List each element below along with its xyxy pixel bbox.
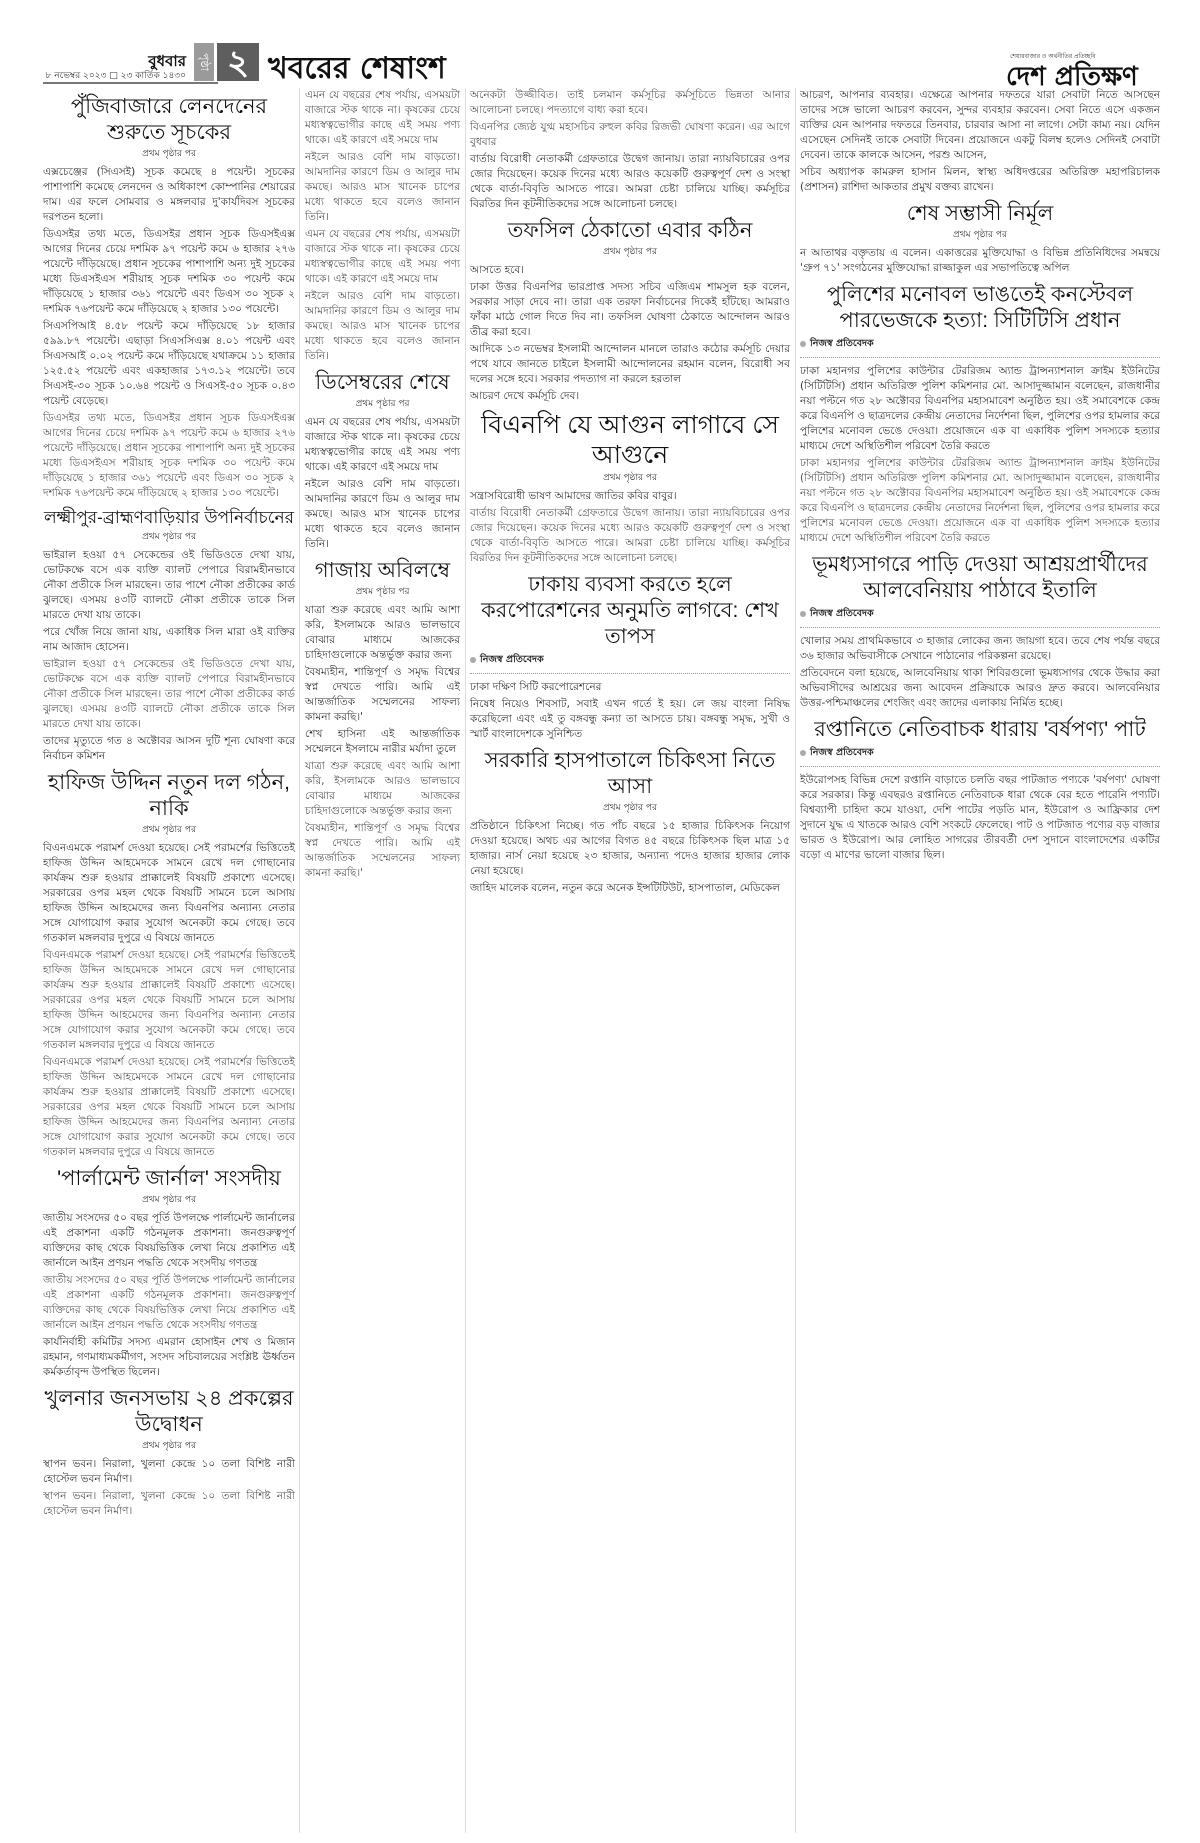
headline: হাফিজ উদ্দিন নতুন দল গঠন, নাকি [43,770,295,822]
headline: সরকারি হাসপাতালে চিকিৎসা নিতে আসা [470,748,790,800]
article-stock-market: পুঁজিবাজারে লেনদেনের শুরুতে সূচকের প্রথম… [43,94,295,501]
article-paragraph: সন্ত্রাসবিরোধী ভাষণ আমাদের জাতির কবির বা… [470,489,790,504]
article-paragraph: বিএনএমকে পরামর্শ দেওয়া হয়েছে। সেই পরাম… [43,948,295,1053]
article-paragraph: অনেকটা উজ্জীবিত। তাই চলমান কর্মসূচির কর্… [470,88,790,118]
article-terror-elimination: শেষ সম্ভাসী নির্মূল প্রথম পৃষ্ঠার পর ন আ… [800,201,1160,276]
continued-label: প্রথম পৃষ্ঠার পর [43,1193,295,1208]
column-divider [299,88,300,1833]
article-paragraph: নইলে আরও বেশি দাম বাড়তো। আমদানির কারণে … [305,477,460,552]
article-paragraph: বৈষম্যহীন, শান্তিপূর্ণ ও সমৃদ্ধ বিশ্বের … [305,665,460,725]
article-paragraph: তাদের মৃত্যুতে গত ৪ অক্টোবর আসন দুটি শূন… [43,734,295,764]
headline: 'পার্লামেন্ট জার্নাল' সংসদীয় [43,1166,295,1192]
byline: নিজস্ব প্রতিবেদক [800,745,1160,760]
headline: লক্ষ্মীপুর-ব্রাহ্মণবাড়িয়ার উপনির্বাচনে… [43,507,295,529]
article-dhaka-business: ঢাকায় ব্যবসা করতে হলে করপোরেশনের অনুমতি… [470,572,790,742]
page-label: পৃষ্ঠা [194,43,214,81]
continued-label: প্রথম পৃষ্ঠার পর [43,530,295,545]
article-bnp-fire: বিএনপি যে আগুন লাগাবে সে আগুনে প্রথম পৃষ… [470,410,790,566]
article-paragraph: নইলে আরও বেশি দাম বাড়তো। আমদানির কারণে … [305,289,460,364]
article-paragraph: ঢাকা মহানগর পুলিশের কাউন্টার টেররিজম অ্য… [800,456,1160,546]
article-tofsil: তফসিল ঠেকাতো এবার কঠিন প্রথম পৃষ্ঠার পর … [470,218,790,404]
article-paragraph: স্থাপন ভবন। নিরালা, খুলনা কেন্দ্রে ১০ তল… [43,1489,295,1519]
article-paragraph: যাত্রা শুরু করেছে এবং আমি আশা করি, ইসলাম… [305,603,460,663]
divider [800,357,1160,358]
article-paragraph: স্থাপন ভবন। নিরালা, খুলনা কেন্দ্রে ১০ তল… [43,1457,295,1487]
page-number: ২ [217,43,259,81]
article-gaza: গাজায় অবিলম্বে প্রথম পৃষ্ঠার পর যাত্রা … [305,558,460,881]
byline: নিজস্ব প্রতিবেদক [470,652,790,667]
article-paragraph: ইউরোপসহ বিভিন্ন দেশে রপ্তানি বাড়াতে চলত… [800,773,1160,863]
headline: ডিসেম্বরের শেষে [305,370,460,396]
article-paragraph: ঢাকা উত্তর বিএনপির ভারপ্রাপ্ত সদস্য সচিব… [470,280,790,340]
article-lakshmipur-byelection: লক্ষ্মীপুর-ব্রাহ্মণবাড়িয়ার উপনির্বাচনে… [43,507,295,764]
article-paragraph: জাতীয় সংসদের ৫০ বছর পূর্তি উপলক্ষে পার্… [43,1211,295,1271]
column-2: এমন যে বছরের শেষ পর্যায়, এসময়টা বাজারে… [305,88,460,883]
article-paragraph: বৈষম্যহীন, শান্তিপূর্ণ ও সমৃদ্ধ বিশ্বের … [305,821,460,881]
article-paragraph: আচরণ, আপনার ব্যবহার। এক্ষেত্রে আপনার দফত… [800,88,1160,163]
headline: পুঁজিবাজারে লেনদেনের শুরুতে সূচকের [43,94,295,146]
continued-label: প্রথম পৃষ্ঠার পর [43,823,295,838]
article-paragraph: নইলে আরও বেশি দাম বাড়তো। আমদানির কারণে … [305,150,460,225]
article-parliament-journal: 'পার্লামেন্ট জার্নাল' সংসদীয় প্রথম পৃষ্… [43,1166,295,1380]
article-paragraph: ডিএসইর তথ্য মতে, ডিএসইর প্রধান সূচক ডিএস… [43,411,295,501]
headline: পুলিশের মনোবল ভাঙতেই কনস্টেবল পারভেজকে হ… [800,282,1160,334]
article-december-end: ডিসেম্বরের শেষে প্রথম পৃষ্ঠার পর এমন যে … [305,370,460,552]
continued-label: প্রথম পৃষ্ঠার পর [43,1439,295,1454]
continued-label: প্রথম পৃষ্ঠার পর [470,471,790,486]
article-paragraph: ভাইরাল হওয়া ৫৭ সেকেন্ডের ওই ভিডিওতে দেখ… [43,548,295,623]
article-paragraph: বার্তায় বিরোধী নেতাকর্মী গ্রেফতারে উদ্ব… [470,506,790,566]
article-paragraph: সিএসপিআই ৪.৫৮ পয়েন্ট কমে দাঁড়িয়েছে ১৮… [43,319,295,409]
article-paragraph: বিএনপির জ্যেষ্ঠ যুগ্ম মহাসচিব রুহুল কবির… [470,120,790,150]
article-paragraph: ডিএসইর তথ্য মতে, ডিএসইর প্রধান সূচক ডিএস… [43,227,295,317]
masthead: বুধবার ৮ নভেম্বর ২০২৩ □ ২৩ কার্তিক ১৪৩০ … [0,0,1200,78]
divider [800,766,1160,767]
bullet-icon [800,611,806,617]
column-1: পুঁজিবাজারে লেনদেনের শুরুতে সূচকের প্রথম… [43,88,295,1521]
headline: ভূমধ্যসাগরে পাড়ি দেওয়া আশ্রয়প্রার্থীদ… [800,552,1160,604]
article-paragraph: প্রতিবেদনে বলা হয়েছে, আলবেনিয়ায় থাকা … [800,666,1160,711]
article-paragraph: এমন যে বছরের শেষ পর্যায়, এসময়টা বাজারে… [305,415,460,475]
column-3: অনেকটা উজ্জীবিত। তাই চলমান কর্মসূচির কর্… [470,88,790,898]
bullet-icon [800,750,806,756]
article-paragraph: কার্যনির্বাহী কমিটির সদস্য এমরান হোসাইন … [43,1335,295,1380]
column-divider [795,88,796,1833]
article-paragraph: ঢাকা মহানগর পুলিশের কাউন্টার টেররিজম অ্য… [800,364,1160,454]
continued-label: প্রথম পৃষ্ঠার পর [800,228,1160,243]
article-paragraph: সচিব অধ্যাপক কামরুল হাসান মিলন, স্বাস্থ্… [800,165,1160,195]
headline: বিএনপি যে আগুন লাগাবে সে আগুনে [470,410,790,470]
column-divider [465,88,466,1833]
article-paragraph: আদিকে ১৩ নভেম্বর ইসলামী আন্দোলন মানলে তা… [470,342,790,387]
article-paragraph: খোলার সময় প্রাথমিকভাবে ৩ হাজার লোকের জন… [800,634,1160,664]
headline: রপ্তানিতে নেতিবাচক ধারায় 'বর্ষপণ্য' পাট [800,717,1160,743]
article-paragraph: বার্তায় বিরোধী নেতাকর্মী গ্রেফতারে উদ্ব… [470,152,790,212]
article-paragraph: নিষেধ নিয়েও শিবসাট, সবাই এখন গর্তে ই হয… [470,697,790,742]
bullet-icon [470,657,476,663]
headline: ঢাকায় ব্যবসা করতে হলে করপোরেশনের অনুমতি… [470,572,790,650]
continued-label: প্রথম পৃষ্ঠার পর [470,245,790,260]
headline: শেষ সম্ভাসী নির্মূল [800,201,1160,227]
article-paragraph: আচরণ দেখে কর্মসূচি দেব। [470,389,790,404]
issue-date: ৮ নভেম্বর ২০২৩ □ ২৩ কার্তিক ১৪৩০ [46,68,186,83]
divider [470,673,790,674]
article-paragraph: আসতে হবে। [470,263,790,278]
byline: নিজস্ব প্রতিবেদক [800,606,1160,621]
article-paragraph: বিএনএমকে পরামর্শ দেওয়া হয়েছে। সেই পরাম… [43,841,295,946]
article-paragraph: পরে খোঁজ নিয়ে জানা যায়, একাধিক সিল মার… [43,625,295,655]
bullet-icon [800,341,806,347]
headline: গাজায় অবিলম্বে [305,558,460,584]
article-jute-export: রপ্তানিতে নেতিবাচক ধারায় 'বর্ষপণ্য' পাট… [800,717,1160,863]
article-paragraph: যাত্রা শুরু করেছে এবং আমি আশা করি, ইসলাম… [305,759,460,819]
masthead-divider [43,82,218,84]
continued-label: প্রথম পৃষ্ঠার পর [470,801,790,816]
article-italy-albania: ভূমধ্যসাগরে পাড়ি দেওয়া আশ্রয়প্রার্থীদ… [800,552,1160,711]
continued-label: প্রথম পৃষ্ঠার পর [43,147,295,162]
byline: নিজস্ব প্রতিবেদক [800,336,1160,351]
continued-label: প্রথম পৃষ্ঠার পর [305,585,460,600]
article-paragraph: শেখ হাসিনা এই আন্তর্জাতিক সম্মেলনে ইসলাম… [305,727,460,757]
article-paragraph: ঢাকা দক্ষিণ সিটি করপোরেশনের [470,680,790,695]
article-paragraph: প্রতিষ্ঠানে চিকিৎসা নিচ্ছে। গত পাঁচ বছরে… [470,819,790,879]
article-paragraph: ন আতাথর বক্তৃতায় এ বলেন। একাত্তরের মুক্… [800,246,1160,276]
article-paragraph: এমন যে বছরের শেষ পর্যায়, এসময়টা বাজারে… [305,88,460,148]
article-paragraph: ভাইরাল হওয়া ৫৭ সেকেন্ডের ওই ভিডিওতে দেখ… [43,657,295,732]
article-hafiz-uddin: হাফিজ উদ্দিন নতুন দল গঠন, নাকি প্রথম পৃষ… [43,770,295,1160]
headline: খুলনার জনসভায় ২৪ প্রকল্পের উদ্বোধন [43,1386,295,1438]
article-paragraph: জাহিদ মালেক বলেন, নতুন করে অনেক ইন্সটিটি… [470,881,790,896]
divider [800,627,1160,628]
article-paragraph: বিএনএমকে পরামর্শ দেওয়া হয়েছে। সেই পরাম… [43,1055,295,1160]
column-4: আচরণ, আপনার ব্যবহার। এক্ষেত্রে আপনার দফত… [800,88,1160,865]
continued-label: প্রথম পৃষ্ঠার পর [305,397,460,412]
article-paragraph: এমন যে বছরের শেষ পর্যায়, এসময়টা বাজারে… [305,227,460,287]
article-paragraph: এক্সচেঞ্জের (সিএসই) সূচক কমেছে ৪ পয়েন্ট… [43,165,295,225]
article-govt-hospital: সরকারি হাসপাতালে চিকিৎসা নিতে আসা প্রথম … [470,748,790,896]
article-police-morale: পুলিশের মনোবল ভাঙতেই কনস্টেবল পারভেজকে হ… [800,282,1160,546]
article-paragraph: জাতীয় সংসদের ৫০ বছর পূর্তি উপলক্ষে পার্… [43,1273,295,1333]
article-khulna-projects: খুলনার জনসভায় ২৪ প্রকল্পের উদ্বোধন প্রথ… [43,1386,295,1519]
headline: তফসিল ঠেকাতো এবার কঠিন [470,218,790,244]
